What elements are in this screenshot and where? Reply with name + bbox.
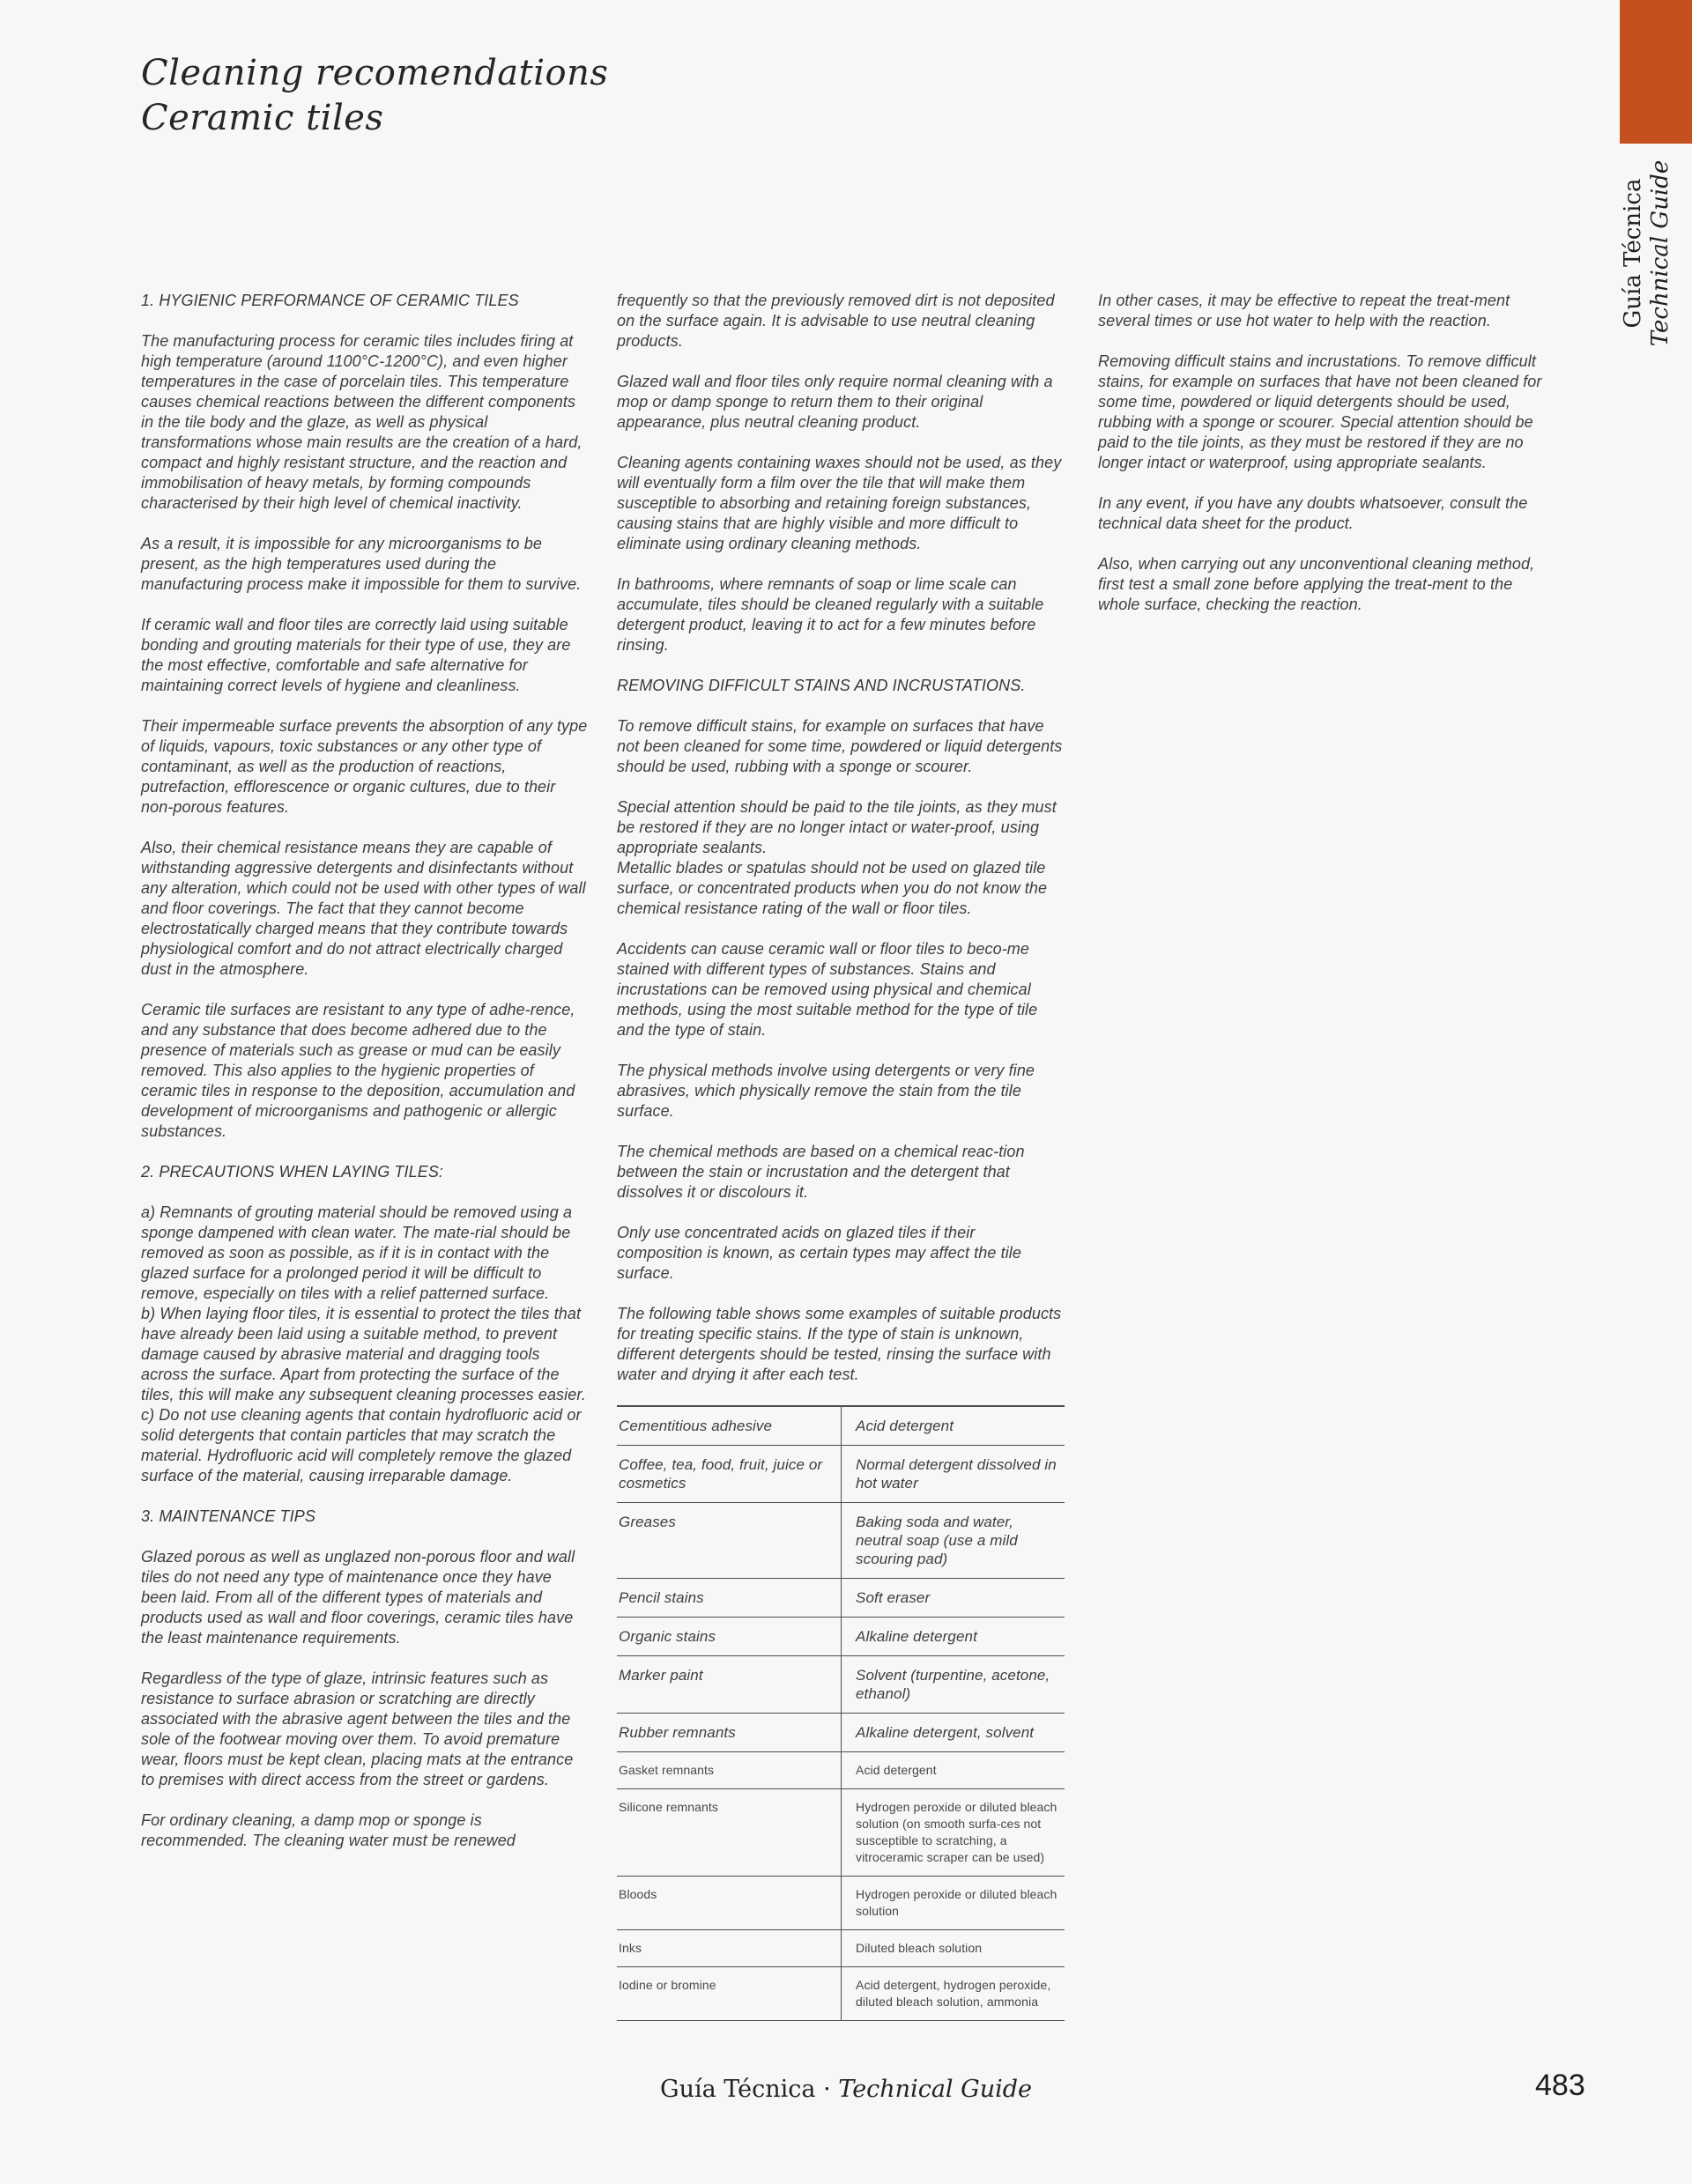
table-cell-treatment: Solvent (turpentine, acetone, ethanol) — [841, 1656, 1065, 1713]
text-column-3: In other cases, it may be effective to r… — [1098, 291, 1546, 635]
page-title-line2: Ceramic tiles — [141, 96, 608, 141]
table-row: Organic stains Alkaline detergent — [617, 1618, 1065, 1656]
paragraph: The chemical methods are based on a chem… — [617, 1142, 1065, 1203]
table-cell-stain: Gasket remnants — [617, 1752, 841, 1788]
table-row: Cementitious adhesive Acid detergent — [617, 1407, 1065, 1446]
paragraph: Also, when carrying out any unconvention… — [1098, 554, 1546, 615]
table-cell-stain: Greases — [617, 1503, 841, 1578]
paragraph: The following table shows some examples … — [617, 1304, 1065, 1385]
text-column-2: frequently so that the previously remove… — [617, 291, 1065, 2021]
side-label-english: Technical Guide — [1647, 159, 1674, 348]
catalog-page: Cleaning recomendations Ceramic tiles Gu… — [0, 0, 1692, 2184]
footer-separator: · — [816, 2076, 839, 2103]
page-title: Cleaning recomendations Ceramic tiles — [141, 51, 608, 141]
page-number: 483 — [1535, 2069, 1641, 2103]
table-cell-treatment: Acid detergent, hydrogen peroxide, dilut… — [841, 1967, 1065, 2020]
table-cell-treatment: Alkaline detergent — [841, 1618, 1065, 1655]
table-cell-treatment: Hydrogen peroxide or diluted bleach solu… — [841, 1877, 1065, 1929]
table-cell-treatment: Acid detergent — [841, 1407, 1065, 1445]
table-row: Coffee, tea, food, fruit, juice or cosme… — [617, 1446, 1065, 1503]
section-color-tab — [1620, 0, 1692, 144]
paragraph: Also, their chemical resistance means th… — [141, 838, 589, 980]
table-row: Greases Baking soda and water, neutral s… — [617, 1503, 1065, 1579]
paragraph: Only use concentrated acids on glazed ti… — [617, 1223, 1065, 1284]
paragraph: frequently so that the previously remove… — [617, 291, 1065, 352]
paragraph: In other cases, it may be effective to r… — [1098, 291, 1546, 331]
table-cell-stain: Cementitious adhesive — [617, 1407, 841, 1445]
table-cell-stain: Rubber remnants — [617, 1714, 841, 1751]
table-cell-treatment: Normal detergent dissolved in hot water — [841, 1446, 1065, 1502]
paragraph: a) Remnants of grouting material should … — [141, 1203, 589, 1304]
paragraph: b) When laying floor tiles, it is essent… — [141, 1304, 589, 1405]
section-side-label: Guía Técnica Technical Guide — [1620, 159, 1674, 348]
page-title-line1: Cleaning recomendations — [141, 51, 608, 96]
paragraph: In bathrooms, where remnants of soap or … — [617, 574, 1065, 655]
paragraph: 2. PRECAUTIONS WHEN LAYING TILES: — [141, 1162, 589, 1182]
paragraph: For ordinary cleaning, a damp mop or spo… — [141, 1810, 589, 1851]
paragraph: The physical methods involve using deter… — [617, 1061, 1065, 1122]
paragraph: To remove difficult stains, for example … — [617, 716, 1065, 777]
paragraph: Special attention should be paid to the … — [617, 797, 1065, 858]
paragraph: As a result, it is impossible for any mi… — [141, 534, 589, 595]
table-row: Gasket remnants Acid detergent — [617, 1752, 1065, 1789]
paragraph: Glazed wall and floor tiles only require… — [617, 372, 1065, 433]
table-cell-stain: Coffee, tea, food, fruit, juice or cosme… — [617, 1446, 841, 1502]
table-cell-stain: Inks — [617, 1930, 841, 1966]
table-row: Pencil stains Soft eraser — [617, 1579, 1065, 1618]
section-side-label-text: Guía Técnica Technical Guide — [1620, 159, 1674, 348]
table-cell-stain: Pencil stains — [617, 1579, 841, 1617]
paragraph: c) Do not use cleaning agents that conta… — [141, 1405, 589, 1486]
table-cell-treatment: Alkaline detergent, solvent — [841, 1714, 1065, 1751]
paragraph: 3. MAINTENANCE TIPS — [141, 1507, 589, 1527]
table-row: Iodine or bromine Acid detergent, hydrog… — [617, 1967, 1065, 2021]
footer-label-english: Technical Guide — [838, 2076, 1032, 2103]
table-cell-treatment: Hydrogen peroxide or diluted bleach solu… — [841, 1789, 1065, 1876]
paragraph: Their impermeable surface prevents the a… — [141, 716, 589, 818]
table-row: Silicone remnants Hydrogen peroxide or d… — [617, 1789, 1065, 1877]
paragraph: 1. HYGIENIC PERFORMANCE OF CERAMIC TILES — [141, 291, 589, 311]
footer: Guía Técnica · Technical Guide — [0, 2076, 1692, 2103]
table-row: Rubber remnants Alkaline detergent, solv… — [617, 1714, 1065, 1752]
paragraph: In any event, if you have any doubts wha… — [1098, 493, 1546, 534]
paragraph: Cleaning agents containing waxes should … — [617, 453, 1065, 554]
table-row: Inks Diluted bleach solution — [617, 1930, 1065, 1967]
table-cell-treatment: Baking soda and water, neutral soap (use… — [841, 1503, 1065, 1578]
stain-treatment-table: Cementitious adhesive Acid detergent Cof… — [617, 1405, 1065, 2021]
text-column-1: 1. HYGIENIC PERFORMANCE OF CERAMIC TILES… — [141, 291, 589, 1871]
paragraph: Regardless of the type of glaze, intrins… — [141, 1669, 589, 1790]
table-cell-treatment: Acid detergent — [841, 1752, 1065, 1788]
paragraph: Glazed porous as well as unglazed non-po… — [141, 1547, 589, 1648]
footer-label-spanish: Guía Técnica — [660, 2076, 816, 2103]
table-row: Bloods Hydrogen peroxide or diluted blea… — [617, 1877, 1065, 1930]
table-cell-stain: Marker paint — [617, 1656, 841, 1713]
table-cell-stain: Organic stains — [617, 1618, 841, 1655]
table-cell-treatment: Soft eraser — [841, 1579, 1065, 1617]
paragraph: REMOVING DIFFICULT STAINS AND INCRUSTATI… — [617, 676, 1065, 696]
table-row: Marker paint Solvent (turpentine, aceton… — [617, 1656, 1065, 1714]
paragraph: Ceramic tile surfaces are resistant to a… — [141, 1000, 589, 1142]
paragraph: The manufacturing process for ceramic ti… — [141, 331, 589, 514]
paragraph: Removing difficult stains and incrustati… — [1098, 352, 1546, 473]
table-cell-stain: Bloods — [617, 1877, 841, 1929]
paragraph: If ceramic wall and floor tiles are corr… — [141, 615, 589, 696]
side-label-spanish: Guía Técnica — [1620, 159, 1647, 348]
text-column-2-paragraphs: frequently so that the previously remove… — [617, 291, 1065, 1385]
table-cell-stain: Iodine or bromine — [617, 1967, 841, 2020]
table-cell-stain: Silicone remnants — [617, 1789, 841, 1876]
table-cell-treatment: Diluted bleach solution — [841, 1930, 1065, 1966]
paragraph: Metallic blades or spatulas should not b… — [617, 858, 1065, 919]
paragraph: Accidents can cause ceramic wall or floo… — [617, 939, 1065, 1040]
